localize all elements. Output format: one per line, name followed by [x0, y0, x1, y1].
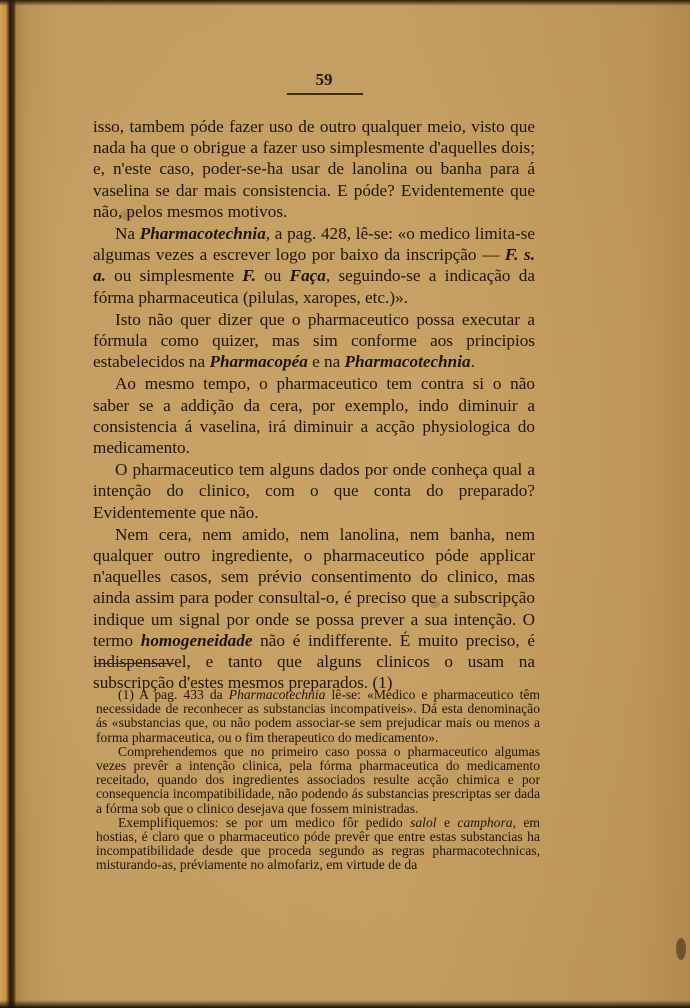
italic-term: Pharmacopéa	[209, 352, 307, 371]
page-edge-tear	[676, 938, 686, 960]
body-paragraph: Ao mesmo tempo, o pharmaceutico tem cont…	[93, 373, 535, 458]
text-run: Ao mesmo tempo, o pharmaceutico tem cont…	[93, 374, 535, 457]
footnotes-paragraph: Exemplifiquemos: se por um medico fôr pe…	[96, 816, 540, 873]
body-paragraph: Isto não quer dizer que o pharmaceutico …	[93, 309, 535, 373]
text-run: Exemplifiquemos: se por um medico fôr pe…	[118, 815, 410, 830]
italic-term: Pharmacotechnia	[229, 687, 326, 702]
text-run: O pharmaceutico tem alguns dados por ond…	[93, 460, 535, 521]
text-run: ou	[256, 266, 290, 285]
text-run: ou simplesmente	[106, 266, 242, 285]
text-run: (1) A pag. 433 da	[118, 687, 229, 702]
body-paragraph: Nem cera, nem amido, nem lanolina, nem b…	[93, 524, 535, 694]
italic-term: F.	[242, 266, 256, 285]
italic-term: homogeneidade	[141, 631, 253, 650]
footnotes-block: (1) A pag. 433 da Pharmacotechnia lê-se:…	[96, 688, 540, 873]
text-run: isso, tambem póde fazer uso de outro qua…	[93, 117, 535, 221]
text-run: Comprehendemos que no primeiro caso poss…	[96, 744, 540, 816]
body-paragraph: isso, tambem póde fazer uso de outro qua…	[93, 116, 535, 222]
body-paragraph: O pharmaceutico tem alguns dados por ond…	[93, 459, 535, 523]
italic-term: Faça	[290, 266, 326, 285]
page-number: 59	[288, 70, 360, 90]
body-paragraph: Na Pharmacotechnia, a pag. 428, lê-se: «…	[93, 223, 535, 308]
footnotes-paragraph: (1) A pag. 433 da Pharmacotechnia lê-se:…	[96, 688, 540, 745]
italic-term: Pharmacotechnia	[345, 352, 471, 371]
text-run: e	[437, 815, 458, 830]
italic-term: Pharmacotechnia	[140, 224, 266, 243]
text-run: .	[471, 352, 475, 371]
main-text-block: isso, tambem póde fazer uso de outro qua…	[93, 116, 535, 693]
italic-term: camphora	[457, 815, 512, 830]
text-run: Na	[115, 224, 140, 243]
page-bottom-shadow	[0, 1000, 690, 1008]
book-page: 59 isso, tambem póde fazer uso de outro …	[0, 0, 690, 1008]
italic-term: salol	[410, 815, 436, 830]
page-number-rule	[287, 93, 363, 95]
footnotes-paragraph: Comprehendemos que no primeiro caso poss…	[96, 745, 540, 816]
text-run: e na	[308, 352, 345, 371]
footnote-separator	[96, 663, 174, 664]
